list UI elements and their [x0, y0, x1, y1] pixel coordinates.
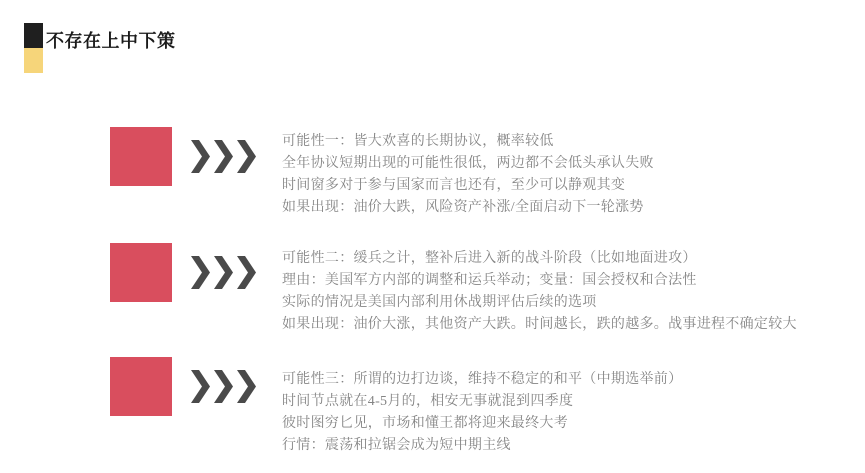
triple-chevron-icon	[191, 256, 257, 289]
text-line: 时间窗多对于参与国家而言也还有，至少可以静观其变	[282, 175, 654, 197]
text-line: 全年协议短期出现的可能性很低，两边都不会低头承认失败	[282, 153, 654, 175]
possibility-text-block: 可能性二：缓兵之计，整补后进入新的战斗阶段（比如地面进攻） 理由：美国军方内部的…	[282, 248, 797, 336]
possibility-text-block: 可能性一：皆大欢喜的长期协议，概率较低 全年协议短期出现的可能性很低，两边都不会…	[282, 131, 654, 219]
text-line: 可能性三：所谓的边打边谈，维持不稳定的和平（中期选举前）	[282, 369, 682, 391]
text-line: 理由：美国军方内部的调整和运兵举动；变量：国会授权和合法性	[282, 270, 797, 292]
triple-chevron-icon	[191, 140, 257, 173]
text-line: 彼时图穷匕见，市场和懂王都将迎来最终大考	[282, 413, 682, 435]
triple-chevron-icon	[191, 370, 257, 403]
title-marker-yellow-square	[24, 48, 43, 73]
text-line: 如果出现：油价大跌，风险资产补涨/全面启动下一轮涨势	[282, 197, 654, 219]
red-square-bullet	[110, 127, 172, 186]
text-line: 实际的情况是美国内部利用休战期评估后续的选项	[282, 292, 797, 314]
text-line: 可能性一：皆大欢喜的长期协议，概率较低	[282, 131, 654, 153]
text-line: 时间节点就在4-5月的，相安无事就混到四季度	[282, 391, 682, 413]
text-line: 可能性二：缓兵之计，整补后进入新的战斗阶段（比如地面进攻）	[282, 248, 797, 270]
red-square-bullet	[110, 357, 172, 416]
slide-header: 不存在上中下策	[0, 0, 865, 80]
text-line: 行情：震荡和拉锯会成为短中期主线	[282, 435, 682, 457]
slide-title: 不存在上中下策	[46, 27, 176, 53]
red-square-bullet	[110, 243, 172, 302]
text-line: 如果出现：油价大涨，其他资产大跌。时间越长，跌的越多。战事进程不确定较大	[282, 314, 797, 336]
slide: 不存在上中下策 可能性一：皆大欢喜的长期协议，概率较低 全年协议短期出现的可能性…	[0, 0, 865, 473]
possibility-text-block: 可能性三：所谓的边打边谈，维持不稳定的和平（中期选举前） 时间节点就在4-5月的…	[282, 369, 682, 457]
possibility-section-1: 可能性一：皆大欢喜的长期协议，概率较低 全年协议短期出现的可能性很低，两边都不会…	[0, 127, 865, 222]
possibility-section-3: 可能性三：所谓的边打边谈，维持不稳定的和平（中期选举前） 时间节点就在4-5月的…	[0, 357, 865, 452]
title-marker-black-square	[24, 23, 43, 48]
possibility-section-2: 可能性二：缓兵之计，整补后进入新的战斗阶段（比如地面进攻） 理由：美国军方内部的…	[0, 243, 865, 338]
title-marker	[24, 23, 43, 73]
